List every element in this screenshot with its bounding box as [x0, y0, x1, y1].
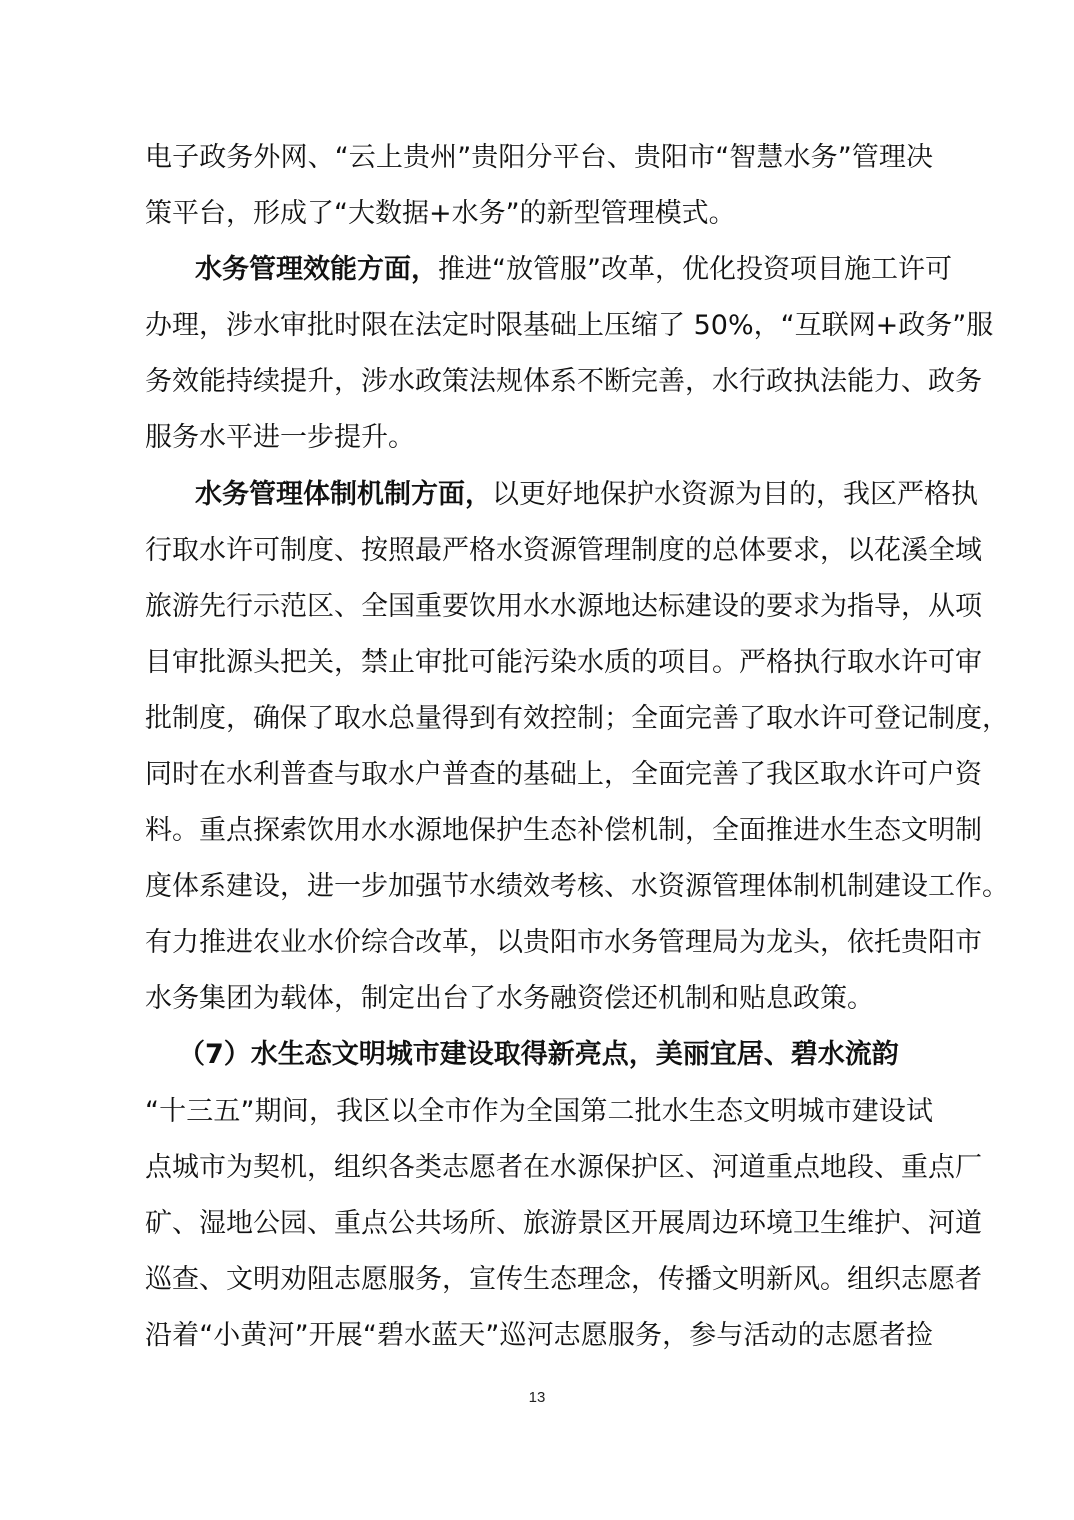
text-line: 旅游先行示范区、全国重要饮用水水源地达标建设的要求为指导，从项 [145, 587, 933, 627]
text-line: 度体系建设，进一步加强节水绩效考核、水资源管理体制机制建设工作。 [145, 867, 933, 907]
text-line: 同时在水利普查与取水户普查的基础上，全面完善了我区取水许可户资 [145, 755, 933, 795]
page-number: 13 [0, 1389, 1074, 1406]
paragraph-first-line: 水务管理体制机制方面，以更好地保护水资源为目的，我区严格执 [195, 475, 933, 515]
text-line: 行取水许可制度、按照最严格水资源管理制度的总体要求，以花溪全域 [145, 531, 933, 571]
text-line: 料。重点探索饮用水水源地保护生态补偿机制，全面推进水生态文明制 [145, 811, 933, 851]
text-line: 有力推进农业水价综合改革，以贵阳市水务管理局为龙头，依托贵阳市 [145, 923, 933, 963]
text-line: 服务水平进一步提升。 [145, 418, 933, 458]
text-line: 水务集团为载体，制定出台了水务融资偿还机制和贴息政策。 [145, 979, 933, 1019]
paragraph-first-line: 水务管理效能方面，推进“放管服”改革，优化投资项目施工许可 [195, 250, 933, 290]
text-line: 批制度，确保了取水总量得到有效控制；全面完善了取水许可登记制度， [145, 699, 933, 739]
text-line: 办理，涉水审批时限在法定时限基础上压缩了 50%，“互联网+政务”服 [145, 306, 933, 346]
text-line: 巡查、文明劝阻志愿服务，宣传生态理念，传播文明新风。组织志愿者 [145, 1260, 933, 1300]
text-line: 矿、湿地公园、重点公共场所、旅游景区开展周边环境卫生维护、河道 [145, 1204, 933, 1244]
text-run: 以更好地保护水资源为目的，我区严格执 [492, 479, 978, 510]
section-heading: （7）水生态文明城市建设取得新亮点，美丽宜居、碧水流韵 [178, 1035, 933, 1075]
text-line: 点城市为契机，组织各类志愿者在水源保护区、河道重点地段、重点厂 [145, 1148, 933, 1188]
text-line: 务效能持续提升，涉水政策法规体系不断完善，水行政执法能力、政务 [145, 362, 933, 402]
text-line: 电子政务外网、“云上贵州”贵阳分平台、贵阳市“智慧水务”管理决 [145, 138, 933, 178]
text-line: 目审批源头把关，禁止审批可能污染水质的项目。严格执行取水许可审 [145, 643, 933, 683]
text-line: 策平台，形成了“大数据+水务”的新型管理模式。 [145, 194, 933, 234]
text-run: 推进“放管服”改革，优化投资项目施工许可 [438, 254, 952, 285]
paragraph-first-line: “十三五”期间，我区以全市作为全国第二批水生态文明城市建设试 [145, 1092, 933, 1132]
text-line: 沿着“小黄河”开展“碧水蓝天”巡河志愿服务，参与活动的志愿者捡 [145, 1316, 933, 1356]
document-page: 电子政务外网、“云上贵州”贵阳分平台、贵阳市“智慧水务”管理决 策平台，形成了“… [0, 0, 1074, 1520]
paragraph-lead-bold: 水务管理体制机制方面， [195, 479, 492, 510]
paragraph-lead-bold: 水务管理效能方面， [195, 254, 438, 285]
